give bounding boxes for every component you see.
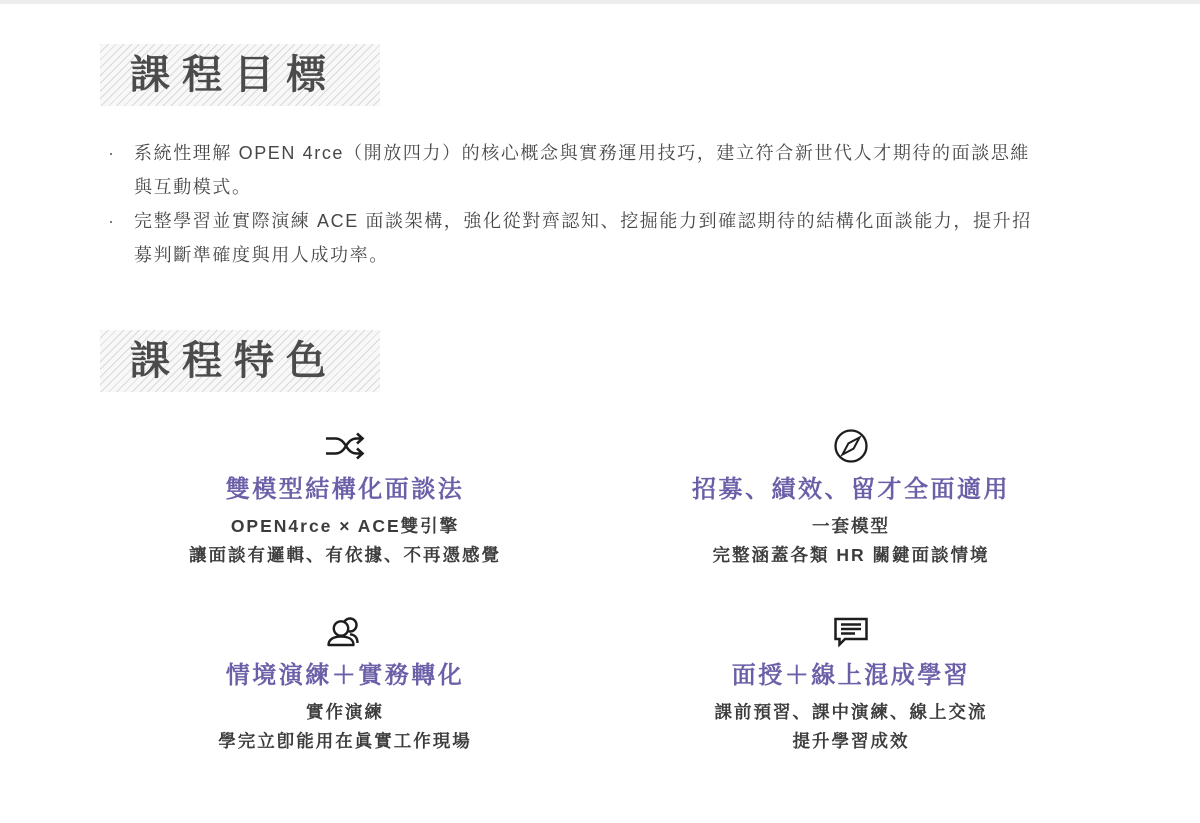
section-header-objectives: 課程目標 [100,44,380,106]
bullet-marker: · [108,204,134,238]
feature-title: 雙模型結構化面談法 [226,474,465,506]
features-title: 課程特色 [130,339,338,383]
features-grid: 雙模型結構化面談法 OPEN4rce × ACE雙引擎 讓面談有邏輯、有依據、不… [92,424,1104,756]
section-header-features: 課程特色 [100,330,380,392]
feature-card-practice: 情境演練＋實務轉化 實作演練 學完立卽能用在眞實工作現場 [92,610,598,756]
feature-title: 招募、績效、留才全面適用 [692,474,1010,506]
shuffle-icon [324,424,366,468]
bullet-marker: · [108,136,134,170]
feature-line-1: 一套模型 [812,512,890,541]
feature-line-1: 課前預習、課中演練、線上交流 [715,698,988,727]
feature-line-2: 學完立卽能用在眞實工作現場 [218,727,472,756]
feature-line-2: 提升學習成效 [793,727,910,756]
objectives-title: 課程目標 [130,53,338,97]
feature-card-all-scenarios: 招募、績效、留才全面適用 一套模型 完整涵蓋各類 HR 關鍵面談情境 [598,424,1104,570]
feature-line-1: 實作演練 [306,698,384,727]
feature-line-2: 完整涵蓋各類 HR 關鍵面談情境 [713,541,990,570]
comment-icon [831,610,871,654]
feature-title: 情境演練＋實務轉化 [226,660,465,692]
compass-icon [831,424,871,468]
feature-card-dual-model: 雙模型結構化面談法 OPEN4rce × ACE雙引擎 讓面談有邏輯、有依據、不… [92,424,598,570]
objective-text: 系統性理解 OPEN 4rce（開放四力）的核心概念與實務運用技巧，建立符合新世… [134,136,1033,204]
objective-bullet: · 系統性理解 OPEN 4rce（開放四力）的核心概念與實務運用技巧，建立符合… [108,136,1033,204]
users-icon [325,610,365,654]
feature-card-blended-learning: 面授＋線上混成學習 課前預習、課中演練、線上交流 提升學習成效 [598,610,1104,756]
feature-title: 面授＋線上混成學習 [732,660,971,692]
objective-bullet: · 完整學習並實際演練 ACE 面談架構，強化從對齊認知、挖掘能力到確認期待的結… [108,204,1033,272]
page-top-edge [0,0,1200,4]
objective-text: 完整學習並實際演練 ACE 面談架構，強化從對齊認知、挖掘能力到確認期待的結構化… [134,204,1033,272]
objectives-list: · 系統性理解 OPEN 4rce（開放四力）的核心概念與實務運用技巧，建立符合… [108,136,1033,272]
feature-line-1: OPEN4rce × ACE雙引擎 [231,512,459,541]
feature-line-2: 讓面談有邏輯、有依據、不再憑感覺 [189,541,501,570]
